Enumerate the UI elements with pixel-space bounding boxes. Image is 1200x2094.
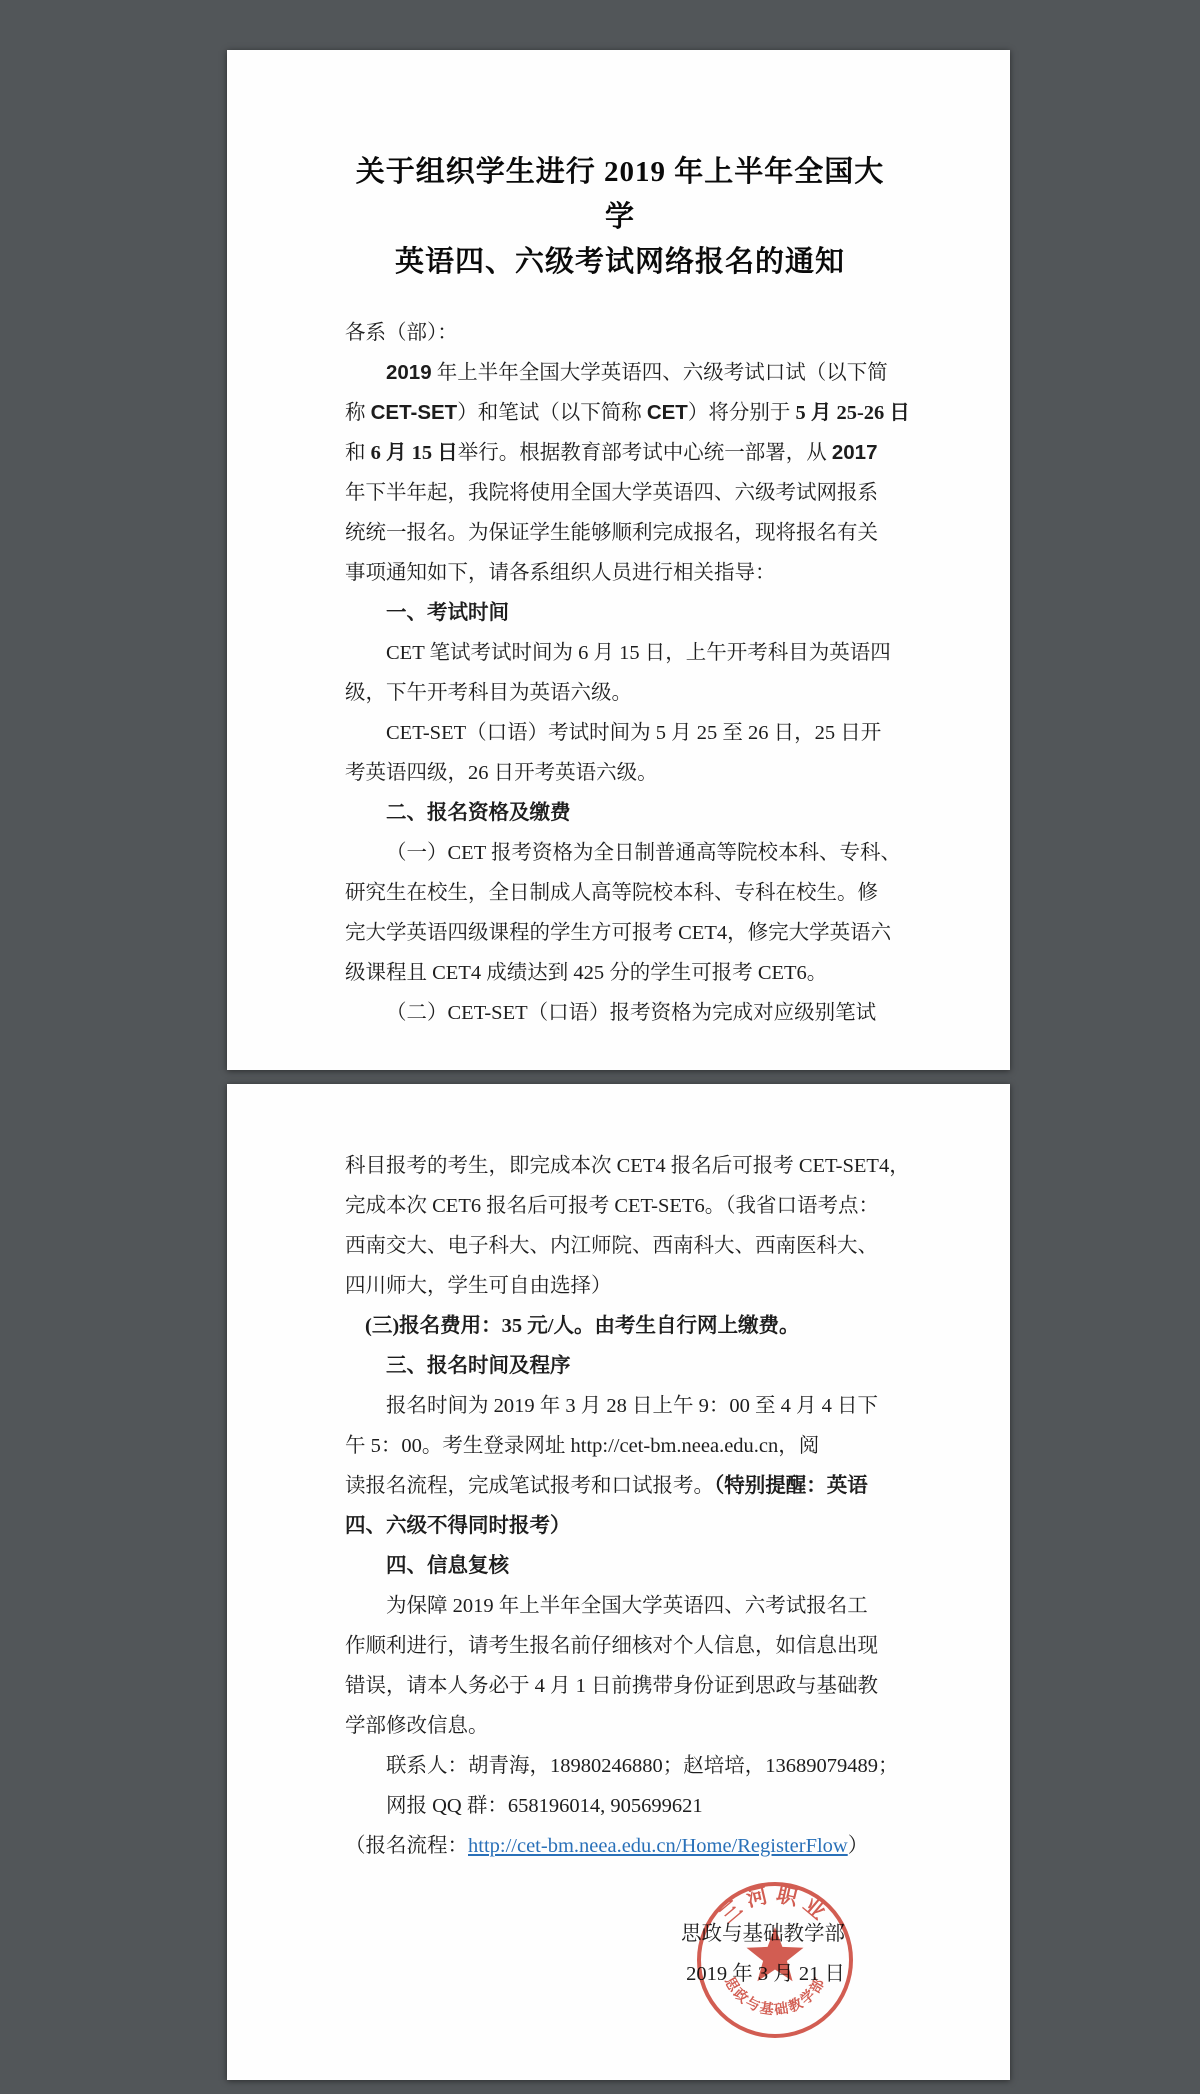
doc-line: (三)报名费用：35 元/人。由考生自行网上缴费。 bbox=[345, 1306, 895, 1346]
registration-flow-link[interactable]: http://cet-bm.neea.edu.cn/Home/RegisterF… bbox=[468, 1835, 848, 1857]
text-run: 午 5：00。考生登录网址 http://cet-bm.neea.edu.cn，… bbox=[345, 1435, 819, 1457]
text-run: 统统一报名。为保证学生能够顺利完成报名，现将报名有关 bbox=[345, 522, 878, 544]
text-run: 读报名流程，完成笔试报考和口试报考。 bbox=[345, 1475, 714, 1497]
text-run: CET 笔试考试时间为 6 月 15 日，上午开考科目为英语四 bbox=[386, 642, 891, 664]
doc-line: 联系人：胡青海，18980246880；赵培培，13689079489； bbox=[345, 1746, 895, 1786]
page-1-body: 各系（部）：2019 年上半年全国大学英语四、六级考试口试（以下简称 CET-S… bbox=[345, 313, 895, 1033]
doc-line: 读报名流程，完成笔试报考和口试报考。（特别提醒：英语 bbox=[345, 1466, 895, 1506]
doc-line: 考英语四级，26 日开考英语六级。 bbox=[345, 753, 895, 793]
text-run: 报名时间为 2019 年 3 月 28 日上午 9：00 至 4 月 4 日下 bbox=[386, 1395, 878, 1417]
doc-line: 西南交大、电子科大、内江师院、西南科大、西南医科大、 bbox=[345, 1226, 895, 1266]
notice-title: 关于组织学生进行 2019 年上半年全国大学 英语四、六级考试网络报名的通知 bbox=[345, 150, 895, 285]
doc-line: （二）CET-SET（口语）报考资格为完成对应级别笔试 bbox=[345, 993, 895, 1033]
text-run: 考英语四级，26 日开考英语六级。 bbox=[345, 762, 658, 784]
text-run: 一、考试时间 bbox=[386, 601, 509, 624]
doc-line: 四、信息复核 bbox=[345, 1546, 895, 1586]
text-run: （特别提醒：英语 bbox=[714, 1475, 868, 1497]
doc-line: 网报 QQ 群：658196014, 905699621 bbox=[345, 1786, 895, 1826]
text-run: 三、报名时间及程序 bbox=[386, 1354, 571, 1377]
text-run: 四、信息复核 bbox=[386, 1554, 509, 1577]
text-run: 作顺利进行，请考生报名前仔细核对个人信息，如信息出现 bbox=[345, 1635, 878, 1657]
doc-line: 四、六级不得同时报考） bbox=[345, 1506, 895, 1546]
doc-line: 午 5：00。考生登录网址 http://cet-bm.neea.edu.cn，… bbox=[345, 1426, 895, 1466]
doc-line: 完大学英语四级课程的学生方可报考 CET4，修完大学英语六 bbox=[345, 913, 895, 953]
doc-line: 二、报名资格及缴费 bbox=[345, 793, 895, 833]
doc-line: （一）CET 报考资格为全日制普通高等院校本科、专科、 bbox=[345, 833, 895, 873]
text-run: 年上半年全国大学英语四、六级考试口试（以下简 bbox=[432, 362, 888, 384]
doc-line: 错误，请本人务必于 4 月 1 日前携带身份证到思政与基础教 bbox=[345, 1666, 895, 1706]
doc-line: 为保障 2019 年上半年全国大学英语四、六考试报名工 bbox=[345, 1586, 895, 1626]
pdf-viewer-background: { "viewer": { "background_color": "#5256… bbox=[0, 0, 1200, 2094]
text-run: ）和笔试（以下简称 bbox=[457, 402, 647, 424]
doc-line: 一、考试时间 bbox=[345, 593, 895, 633]
text-run: 举行。根据教育部考试中心统一部署，从 bbox=[458, 442, 832, 464]
doc-line: 事项通知如下，请各系组织人员进行相关指导： bbox=[345, 553, 895, 593]
text-run: （二）CET-SET（口语）报考资格为完成对应级别笔试 bbox=[386, 1002, 876, 1024]
doc-line: 2019 年上半年全国大学英语四、六级考试口试（以下简 bbox=[345, 353, 895, 393]
doc-line: 科目报考的考生，即完成本次 CET4 报名后可报考 CET-SET4， bbox=[345, 1146, 895, 1186]
text-run: 完成本次 CET6 报名后可报考 CET-SET6。（我省口语考点： bbox=[345, 1195, 879, 1217]
text-run: 为保障 2019 年上半年全国大学英语四、六考试报名工 bbox=[386, 1595, 868, 1617]
text-run: 二、报名资格及缴费 bbox=[386, 801, 571, 824]
doc-line: （报名流程：http://cet-bm.neea.edu.cn/Home/Reg… bbox=[345, 1826, 895, 1866]
doc-line: 三、报名时间及程序 bbox=[345, 1346, 895, 1386]
text-run: 网报 QQ 群：658196014, 905699621 bbox=[386, 1795, 703, 1817]
text-run: 级，下午开考科目为英语六级。 bbox=[345, 682, 632, 704]
doc-line: 各系（部）： bbox=[345, 313, 895, 353]
signature-date: 2019 年 3 月 21 日 bbox=[345, 1954, 845, 1994]
text-run: CET-SET bbox=[371, 401, 458, 424]
text-run: 错误，请本人务必于 4 月 1 日前携带身份证到思政与基础教 bbox=[345, 1675, 878, 1697]
signature-block: 思政与基础教学部 2019 年 3 月 21 日 bbox=[345, 1914, 845, 1994]
text-run: 2019 bbox=[386, 361, 432, 384]
text-run: 完大学英语四级课程的学生方可报考 CET4，修完大学英语六 bbox=[345, 922, 891, 944]
doc-line: 年下半年起，我院将使用全国大学英语四、六级考试网报系 bbox=[345, 473, 895, 513]
doc-line: 和 6 月 15 日举行。根据教育部考试中心统一部署，从 2017 bbox=[345, 433, 895, 473]
text-run: 学部修改信息。 bbox=[345, 1715, 489, 1737]
doc-line: 作顺利进行，请考生报名前仔细核对个人信息，如信息出现 bbox=[345, 1626, 895, 1666]
text-run: 2017 bbox=[832, 441, 878, 464]
text-run: （报名流程： bbox=[345, 1835, 468, 1857]
doc-line: 研究生在校生，全日制成人高等院校本科、专科在校生。修 bbox=[345, 873, 895, 913]
document-page-2: 科目报考的考生，即完成本次 CET4 报名后可报考 CET-SET4，完成本次 … bbox=[227, 1084, 1010, 2080]
text-run: 科目报考的考生，即完成本次 CET4 报名后可报考 CET-SET4， bbox=[345, 1155, 910, 1177]
text-run: 和 bbox=[345, 442, 371, 464]
text-run: 四、六级不得同时报考） bbox=[345, 1515, 571, 1537]
text-run: 级课程且 CET4 成绩达到 425 分的学生可报考 CET6。 bbox=[345, 962, 827, 984]
text-run: 称 bbox=[345, 402, 371, 424]
text-run: 四川师大，学生可自由选择） bbox=[345, 1275, 612, 1297]
text-run: 6 月 15 日 bbox=[371, 442, 458, 464]
text-run: （一）CET 报考资格为全日制普通高等院校本科、专科、 bbox=[386, 842, 901, 864]
notice-title-line-2: 英语四、六级考试网络报名的通知 bbox=[345, 240, 895, 285]
doc-line: 级课程且 CET4 成绩达到 425 分的学生可报考 CET6。 bbox=[345, 953, 895, 993]
doc-line: 级，下午开考科目为英语六级。 bbox=[345, 673, 895, 713]
doc-line: 报名时间为 2019 年 3 月 28 日上午 9：00 至 4 月 4 日下 bbox=[345, 1386, 895, 1426]
text-run: (三)报名费用：35 元/人。由考生自行网上缴费。 bbox=[365, 1315, 799, 1337]
document-page-1: 关于组织学生进行 2019 年上半年全国大学 英语四、六级考试网络报名的通知 各… bbox=[227, 50, 1010, 1070]
doc-line: CET-SET（口语）考试时间为 5 月 25 至 26 日，25 日开 bbox=[345, 713, 895, 753]
text-run: CET bbox=[647, 401, 688, 424]
doc-line: 完成本次 CET6 报名后可报考 CET-SET6。（我省口语考点： bbox=[345, 1186, 895, 1226]
text-run: 各系（部）： bbox=[345, 322, 458, 344]
text-run: ）将分别于 bbox=[688, 402, 796, 424]
signature-department: 思政与基础教学部 bbox=[345, 1914, 845, 1954]
page-2-body: 科目报考的考生，即完成本次 CET4 报名后可报考 CET-SET4，完成本次 … bbox=[345, 1146, 895, 1866]
text-run: 年下半年起，我院将使用全国大学英语四、六级考试网报系 bbox=[345, 482, 878, 504]
text-run: 研究生在校生，全日制成人高等院校本科、专科在校生。修 bbox=[345, 882, 878, 904]
notice-title-line-1: 关于组织学生进行 2019 年上半年全国大学 bbox=[345, 150, 895, 240]
doc-line: 学部修改信息。 bbox=[345, 1706, 895, 1746]
doc-line: CET 笔试考试时间为 6 月 15 日，上午开考科目为英语四 bbox=[345, 633, 895, 673]
doc-line: 四川师大，学生可自由选择） bbox=[345, 1266, 895, 1306]
text-run: 5 月 25-26 日 bbox=[795, 402, 909, 424]
text-run: 联系人：胡青海，18980246880；赵培培，13689079489； bbox=[386, 1755, 899, 1777]
text-run: 西南交大、电子科大、内江师院、西南科大、西南医科大、 bbox=[345, 1235, 878, 1257]
doc-line: 统统一报名。为保证学生能够顺利完成报名，现将报名有关 bbox=[345, 513, 895, 553]
text-run: ） bbox=[848, 1835, 869, 1857]
text-run: 事项通知如下，请各系组织人员进行相关指导： bbox=[345, 562, 776, 584]
doc-line: 称 CET-SET）和笔试（以下简称 CET）将分别于 5 月 25-26 日 bbox=[345, 393, 895, 433]
text-run: CET-SET（口语）考试时间为 5 月 25 至 26 日，25 日开 bbox=[386, 722, 881, 744]
